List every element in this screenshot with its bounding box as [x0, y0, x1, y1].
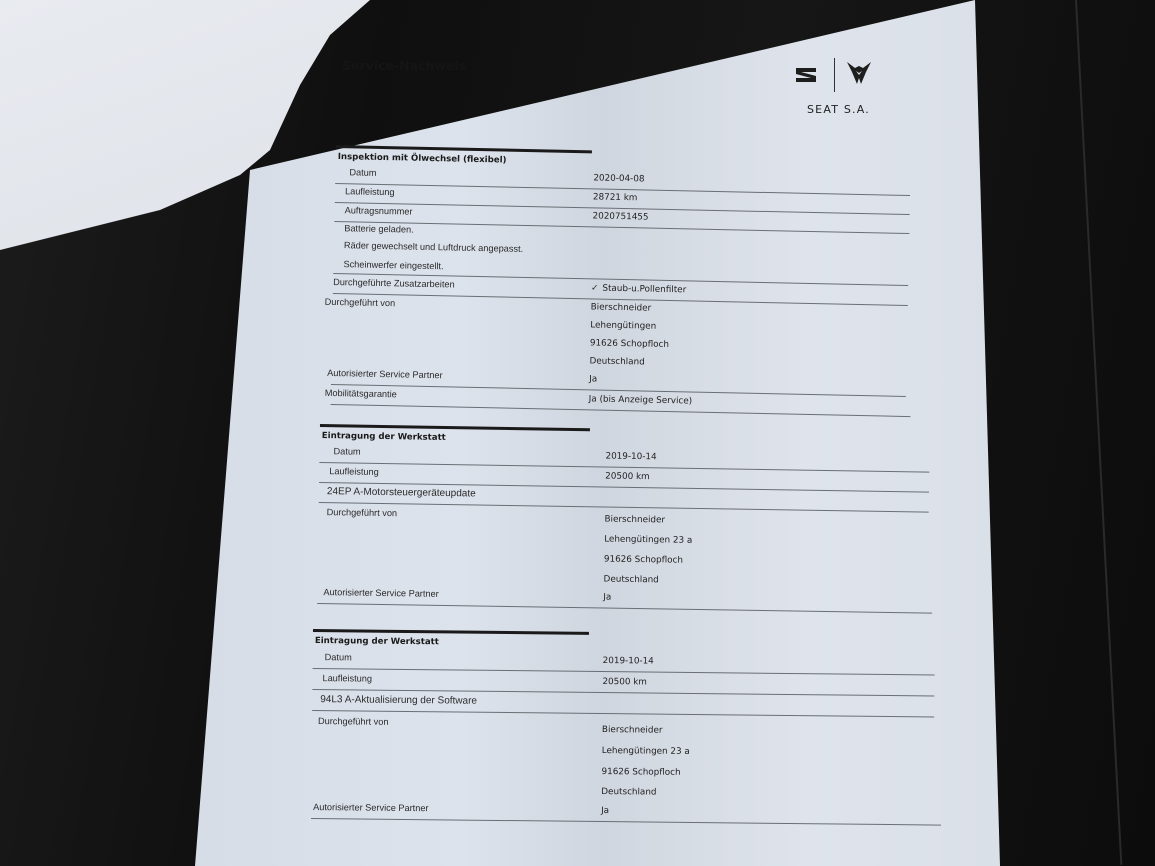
- section-workshop-entry-1: Eintragung der Werkstatt Datum 2019-10-1…: [320, 424, 930, 434]
- section-bar: [313, 629, 589, 635]
- field-value: 20500 km: [605, 471, 650, 482]
- field-value: Ja: [601, 806, 609, 816]
- field-label: Autorisierter Service Partner: [313, 802, 429, 813]
- field-value: ✓Staub-u.Pollenfilter: [591, 283, 686, 295]
- workshop-address-line: Deutschland: [589, 356, 644, 367]
- field-label: Autorisierter Service Partner: [327, 368, 443, 380]
- section-workshop-entry-2: Eintragung der Werkstatt Datum 2019-10-1…: [313, 629, 938, 636]
- field-label: Durchgeführt von: [325, 297, 396, 308]
- workshop-address-line: Bierschneider: [604, 514, 665, 525]
- field-label: Auftragsnummer: [345, 205, 413, 216]
- field-label: Datum: [325, 652, 352, 662]
- workshop-address-line: 91626 Schopfloch: [590, 338, 669, 350]
- field-label: Mobilitätsgarantie: [325, 388, 397, 400]
- field-label: Durchgeführte Zusatzarbeiten: [333, 277, 455, 290]
- workshop-address-line: Lehengütingen: [590, 320, 656, 331]
- logo-divider: [834, 58, 835, 92]
- section-heading: Eintragung der Werkstatt: [315, 636, 439, 647]
- workshop-address-line: 91626 Schopfloch: [601, 767, 680, 778]
- field-label: Durchgeführt von: [327, 507, 398, 518]
- field-value: 2019-10-14: [605, 451, 656, 462]
- field-label: Durchgeführt von: [318, 716, 389, 727]
- service-note: 94L3 A-Aktualisierung der Software: [320, 694, 477, 707]
- brand-name: SEAT S.A.: [807, 103, 870, 116]
- checkmark-icon: ✓: [591, 283, 599, 293]
- workshop-address-line: 91626 Schopfloch: [604, 554, 683, 565]
- field-value: 20500 km: [602, 677, 647, 687]
- extra-work-text: Staub-u.Pollenfilter: [602, 284, 686, 296]
- field-value: 2020751455: [592, 211, 648, 222]
- field-value: 28721 km: [593, 192, 638, 203]
- field-label: Laufleistung: [329, 466, 379, 477]
- workshop-address-line: Lehengütingen 23 a: [602, 746, 690, 757]
- section-heading: Inspektion mit Ölwechsel (flexibel): [338, 152, 507, 166]
- cupra-logo-icon: [846, 60, 872, 86]
- field-value: Ja: [589, 374, 597, 384]
- brand-logo: SEAT S.A.: [790, 58, 880, 118]
- section-inspection: Inspektion mit Ölwechsel (flexibel) Datu…: [336, 145, 916, 157]
- document-title: Service-Nachweis: [342, 58, 466, 73]
- field-row-partner: Autorisierter Service Partner Ja: [317, 584, 932, 614]
- workshop-address-line: Lehengütingen 23 a: [604, 534, 692, 545]
- service-note: 24EP A-Motorsteuergeräteupdate: [327, 486, 476, 499]
- field-label: Datum: [333, 446, 360, 456]
- field-value: 2019-10-14: [603, 656, 654, 667]
- field-label: Laufleistung: [322, 673, 372, 684]
- workshop-address-line: Bierschneider: [602, 725, 663, 736]
- field-row-partner: Autorisierter Service Partner Ja: [311, 799, 941, 826]
- section-heading: Eintragung der Werkstatt: [322, 431, 446, 443]
- seat-logo-icon: [794, 66, 818, 84]
- section-bar: [320, 424, 590, 431]
- workshop-address-line: Deutschland: [604, 574, 659, 585]
- field-value: Ja (bis Anzeige Service): [589, 394, 693, 406]
- field-label: Datum: [349, 167, 376, 178]
- workshop-address-line: Bierschneider: [591, 302, 652, 313]
- field-value: 2020-04-08: [593, 173, 644, 184]
- field-label: Laufleistung: [345, 186, 395, 197]
- workshop-address-line: Deutschland: [601, 787, 656, 798]
- service-note: Scheinwerfer eingestellt.: [343, 259, 443, 271]
- field-label: Autorisierter Service Partner: [323, 587, 439, 599]
- service-note: Batterie geladen.: [344, 223, 414, 234]
- field-value: Ja: [603, 592, 611, 602]
